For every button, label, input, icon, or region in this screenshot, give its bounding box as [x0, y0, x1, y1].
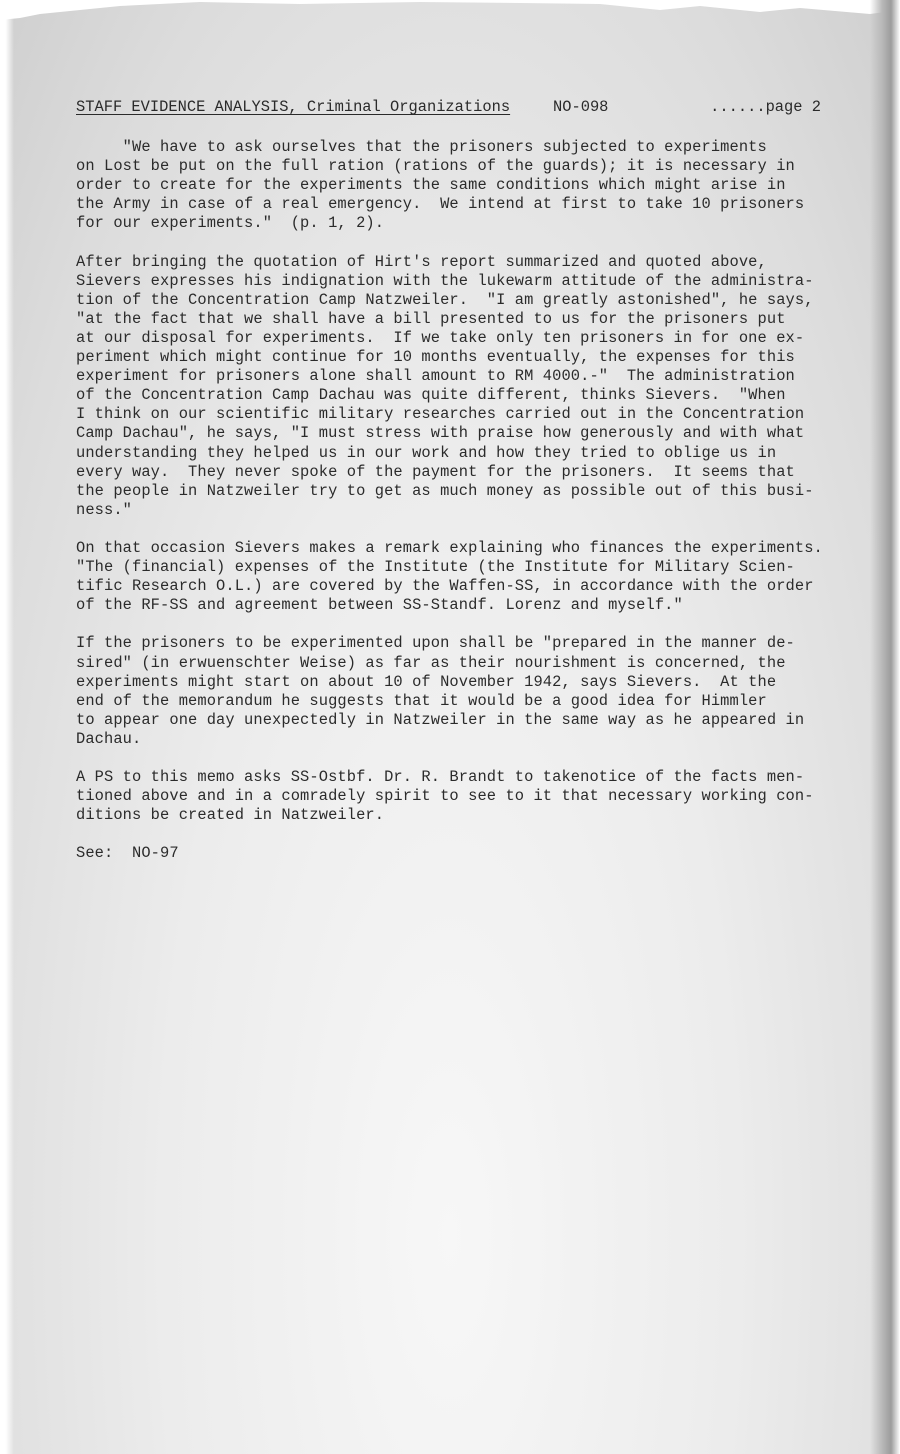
text-line: every way. They never spoke of the payme…	[76, 463, 836, 482]
text-line: "We have to ask ourselves that the priso…	[76, 138, 836, 157]
text-line: end of the memorandum he suggests that i…	[76, 692, 836, 711]
text-line: ness."	[76, 501, 836, 520]
document-number: NO-098	[553, 98, 608, 116]
text-line: Camp Dachau", he says, "I must stress wi…	[76, 424, 836, 443]
document-title: STAFF EVIDENCE ANALYSIS, Criminal Organi…	[76, 98, 510, 116]
text-line: I think on our scientific military resea…	[76, 405, 836, 424]
torn-top-edge	[0, 0, 900, 20]
text-line: tion of the Concentration Camp Natzweile…	[76, 291, 836, 310]
text-line: After bringing the quotation of Hirt's r…	[76, 253, 836, 272]
text-line: of the Concentration Camp Dachau was qui…	[76, 386, 836, 405]
paragraph-postscript: A PS to this memo asks SS-Ostbf. Dr. R. …	[76, 768, 836, 825]
text-line: On that occasion Sievers makes a remark …	[76, 539, 836, 558]
paragraph-quote: "We have to ask ourselves that the priso…	[76, 138, 836, 233]
text-line: the Army in case of a real emergency. We…	[76, 195, 836, 214]
text-line: Dachau.	[76, 730, 836, 749]
text-line: periment which might continue for 10 mon…	[76, 348, 836, 367]
text-line: If the prisoners to be experimented upon…	[76, 634, 836, 653]
paragraph-preparation: If the prisoners to be experimented upon…	[76, 634, 836, 749]
right-page-edge	[870, 0, 900, 1454]
text-line: ditions be created in Natzweiler.	[76, 806, 836, 825]
text-line: experiments might start on about 10 of N…	[76, 673, 836, 692]
text-line: tioned above and in a comradely spirit t…	[76, 787, 836, 806]
paragraph-financing: On that occasion Sievers makes a remark …	[76, 539, 836, 615]
left-page-edge	[0, 0, 14, 1454]
text-line: "The (financial) expenses of the Institu…	[76, 558, 836, 577]
see-also-reference: See: NO-97	[76, 844, 836, 863]
text-line: Sievers expresses his indignation with t…	[76, 272, 836, 291]
text-line: understanding they helped us in our work…	[76, 444, 836, 463]
text-line: experiment for prisoners alone shall amo…	[76, 367, 836, 386]
text-line: sired" (in erwuenschter Weise) as far as…	[76, 654, 836, 673]
document-body: "We have to ask ourselves that the priso…	[76, 138, 836, 883]
page-number: ......page 2	[710, 98, 821, 116]
text-line: A PS to this memo asks SS-Ostbf. Dr. R. …	[76, 768, 836, 787]
text-line: the people in Natzweiler try to get as m…	[76, 482, 836, 501]
text-line: at our disposal for experiments. If we t…	[76, 329, 836, 348]
text-line: tific Research O.L.) are covered by the …	[76, 577, 836, 596]
text-line: of the RF-SS and agreement between SS-St…	[76, 596, 836, 615]
text-line: to appear one day unexpectedly in Natzwe…	[76, 711, 836, 730]
text-line: "at the fact that we shall have a bill p…	[76, 310, 836, 329]
paragraph-sievers-indignation: After bringing the quotation of Hirt's r…	[76, 253, 836, 520]
text-line: for our experiments." (p. 1, 2).	[76, 214, 836, 233]
document-header: STAFF EVIDENCE ANALYSIS, Criminal Organi…	[76, 98, 821, 120]
text-line: on Lost be put on the full ration (ratio…	[76, 157, 836, 176]
document-page: STAFF EVIDENCE ANALYSIS, Criminal Organi…	[0, 0, 900, 1454]
text-line: order to create for the experiments the …	[76, 176, 836, 195]
